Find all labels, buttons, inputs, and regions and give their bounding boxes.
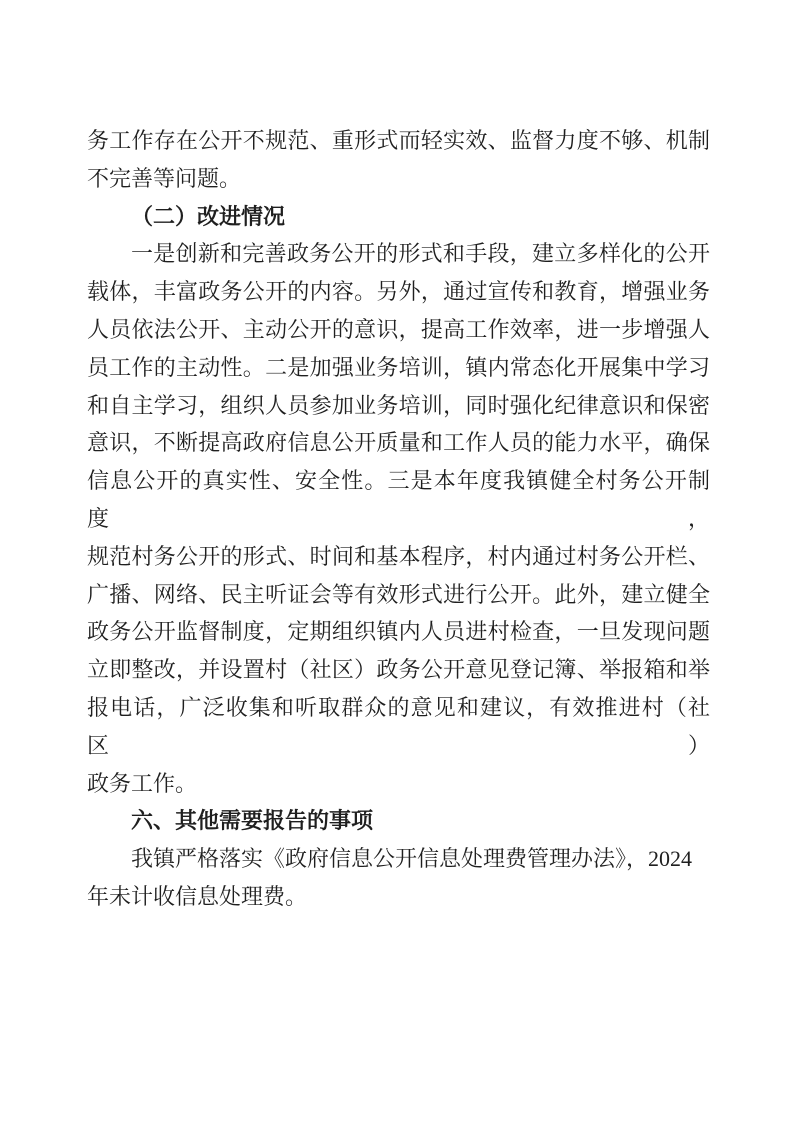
improvement-paragraph-line: 广播、网络、民主听证会等有效形式进行公开。此外，建立健全 bbox=[87, 576, 710, 614]
improvement-paragraph-line: 规范村务公开的形式、时间和基本程序，村内通过村务公开栏、 bbox=[87, 538, 710, 576]
improvement-paragraph-line: 政务公开监督制度，定期组织镇内人员进村检查，一旦发现问题 bbox=[87, 613, 710, 651]
improvement-paragraph-line: 信息公开的真实性、安全性。三是本年度我镇健全村务公开制度， bbox=[87, 462, 710, 538]
improvement-paragraph-line: 和自主学习，组织人员参加业务培训，同时强化纪律意识和保密 bbox=[87, 387, 710, 425]
document-body: 务工作存在公开不规范、重形式而轻实效、监督力度不够、机制 不完善等问题。 （二）… bbox=[87, 122, 710, 916]
improvement-paragraph-line: 立即整改，并设置村（社区）政务公开意见登记簿、举报箱和举 bbox=[87, 651, 710, 689]
improvement-paragraph-line: 员工作的主动性。二是加强业务培训，镇内常态化开展集中学习 bbox=[87, 349, 710, 387]
section-heading-other-items: 六、其他需要报告的事项 bbox=[87, 802, 710, 840]
improvement-paragraph-line: 人员依法公开、主动公开的意识，提高工作效率，进一步增强人 bbox=[87, 311, 710, 349]
carryover-paragraph-line: 务工作存在公开不规范、重形式而轻实效、监督力度不够、机制 bbox=[87, 122, 710, 160]
carryover-paragraph-line: 不完善等问题。 bbox=[87, 160, 710, 198]
improvement-paragraph-line: 政务工作。 bbox=[87, 765, 710, 803]
improvement-paragraph-line: 意识，不断提高政府信息公开质量和工作人员的能力水平，确保 bbox=[87, 424, 710, 462]
improvement-paragraph-line: 一是创新和完善政务公开的形式和手段，建立多样化的公开 bbox=[87, 235, 710, 273]
improvement-paragraph-line: 载体，丰富政务公开的内容。另外，通过宣传和教育，增强业务 bbox=[87, 273, 710, 311]
other-paragraph-line: 年未计收信息处理费。 bbox=[87, 878, 710, 916]
section-heading-improvement: （二）改进情况 bbox=[87, 198, 710, 236]
improvement-paragraph-line: 报电话，广泛收集和听取群众的意见和建议，有效推进村（社区） bbox=[87, 689, 710, 765]
document-page: 务工作存在公开不规范、重形式而轻实效、监督力度不够、机制 不完善等问题。 （二）… bbox=[0, 0, 793, 1122]
other-paragraph-line: 我镇严格落实《政府信息公开信息处理费管理办法》，2024 bbox=[87, 840, 710, 878]
